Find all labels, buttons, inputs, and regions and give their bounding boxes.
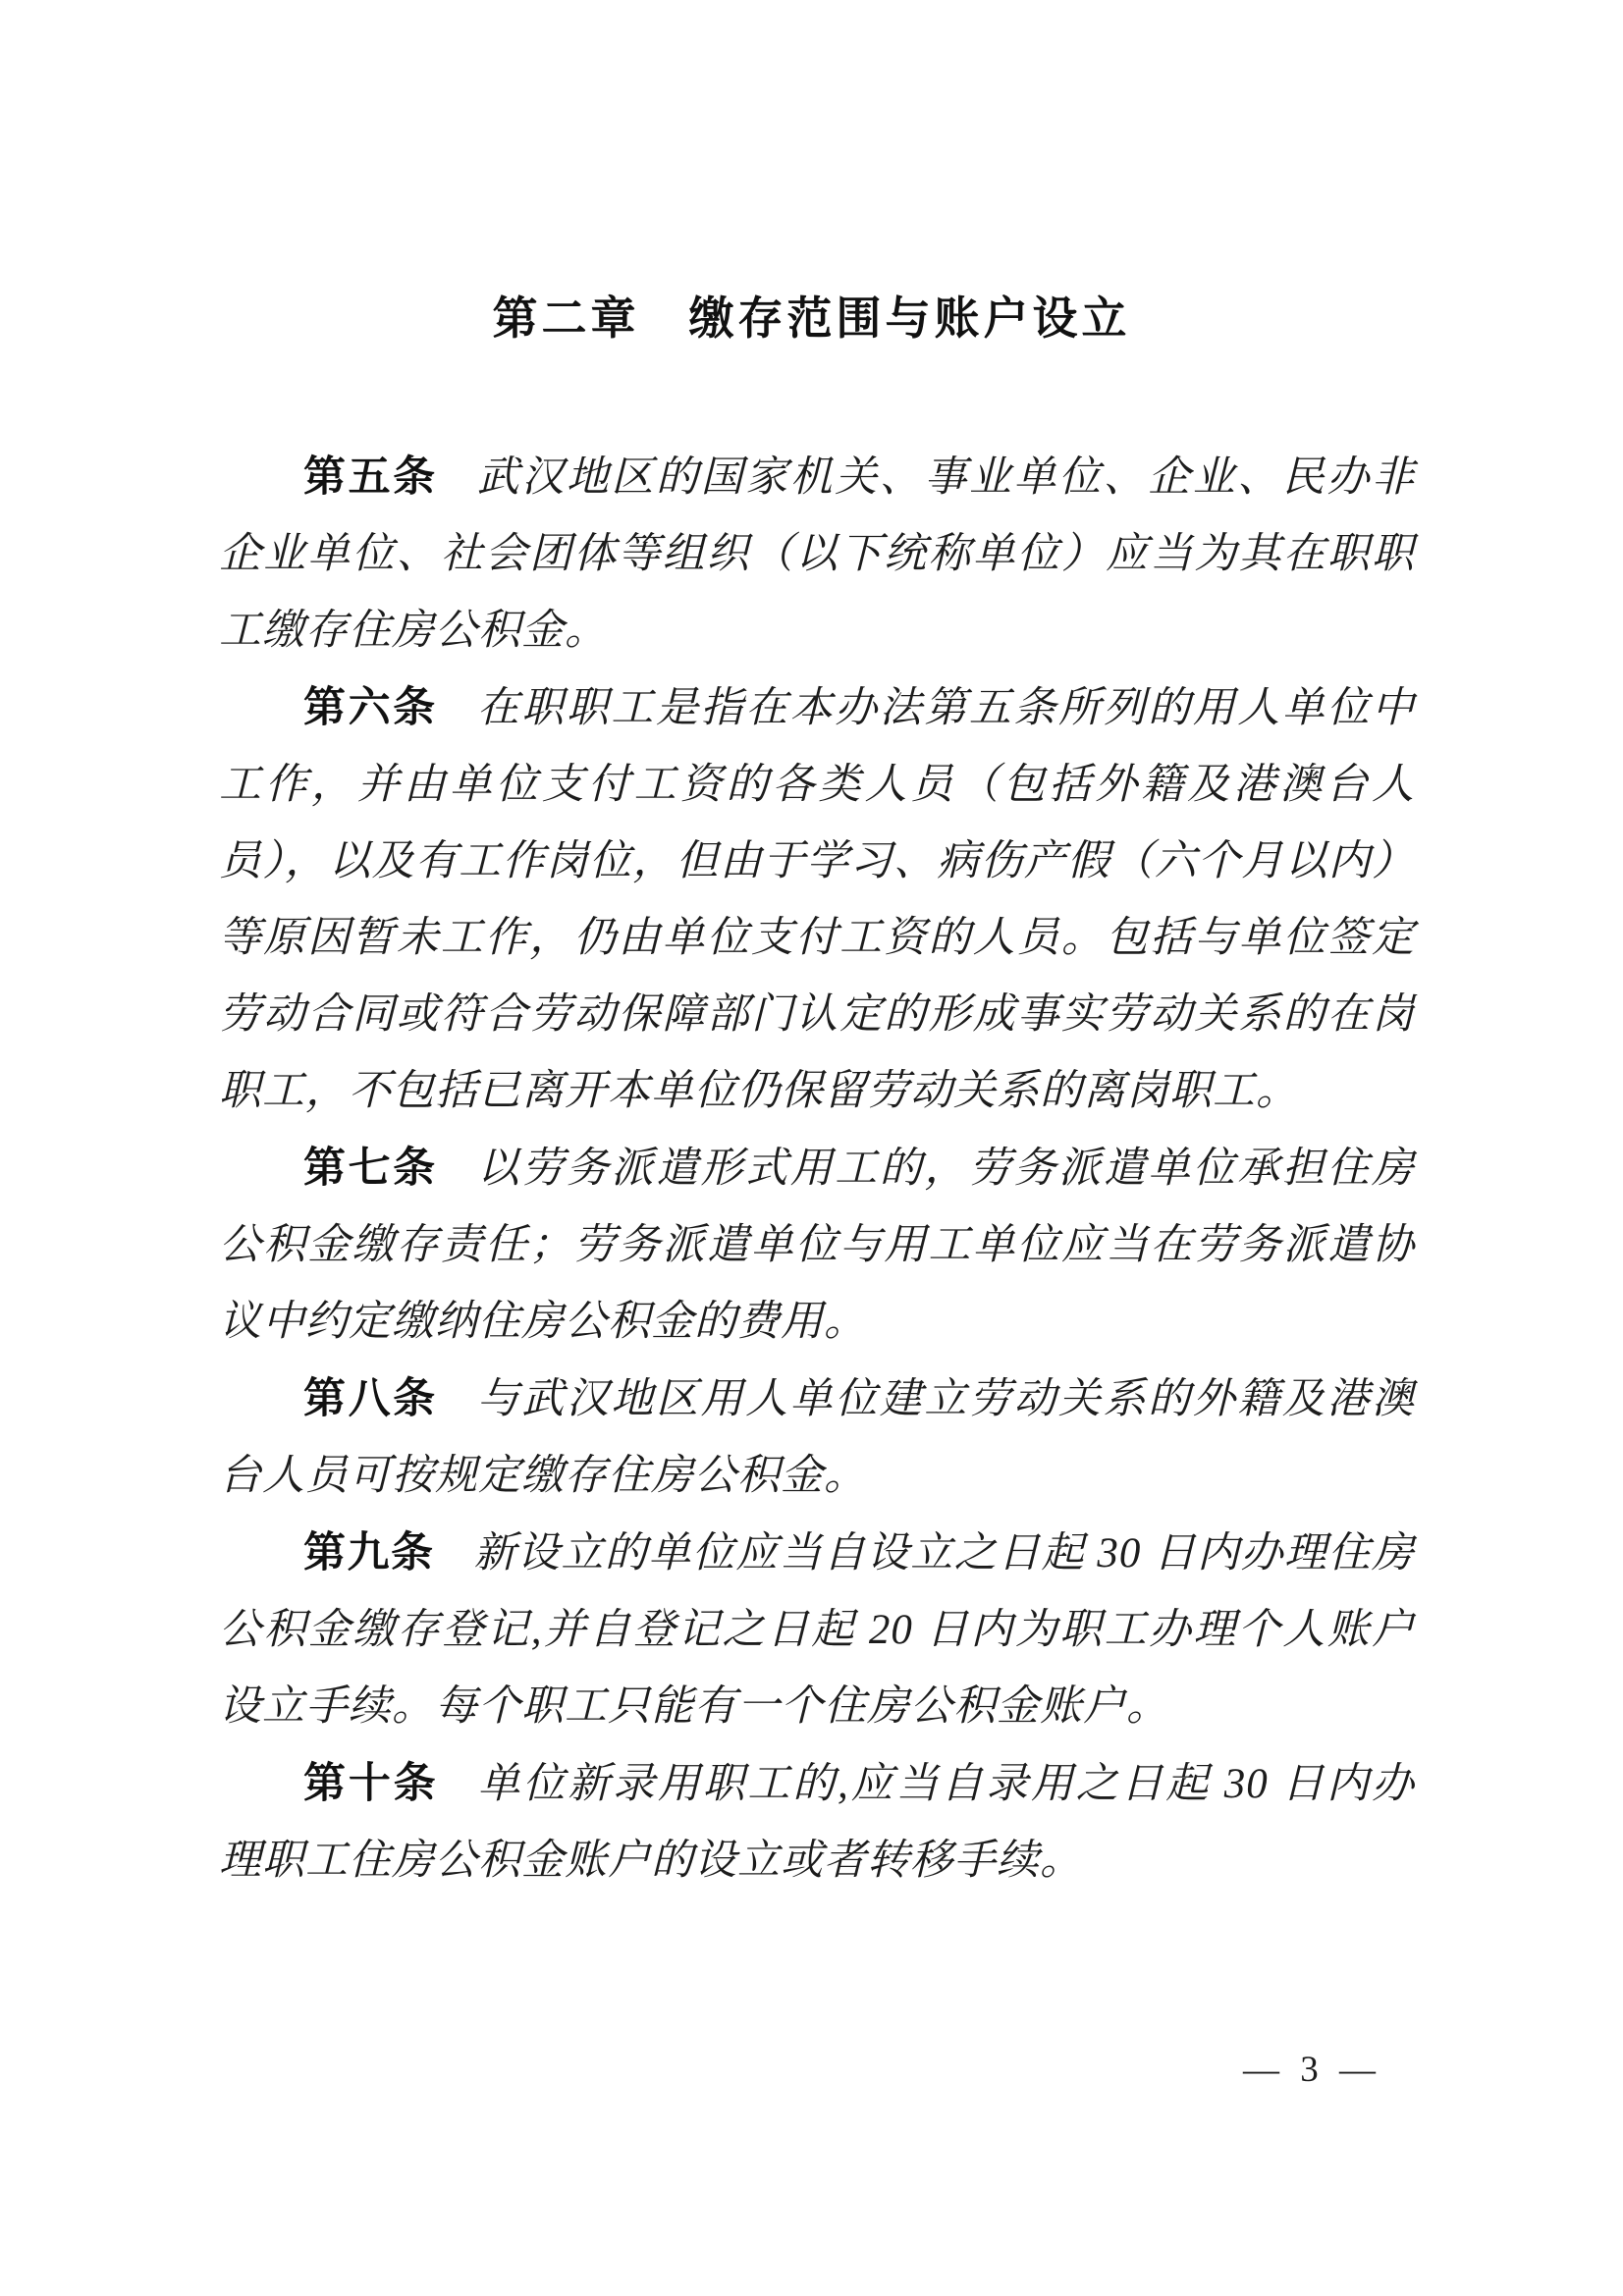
document-body: 第五条武汉地区的国家机关、事业单位、企业、民办非企业单位、社会团体等组织（以下统… — [219, 439, 1415, 1899]
article-paragraph: 第八条与武汉地区用人单位建立劳动关系的外籍及港澳台人员可按规定缴存住房公积金。 — [219, 1361, 1415, 1515]
chapter-title: 第二章 缴存范围与账户设立 — [0, 292, 1623, 345]
article-paragraph: 第五条武汉地区的国家机关、事业单位、企业、民办非企业单位、社会团体等组织（以下统… — [219, 439, 1415, 669]
article-paragraph: 第七条以劳务派遣形式用工的，劳务派遣单位承担住房公积金缴存责任；劳务派遣单位与用… — [219, 1130, 1415, 1361]
article-label: 第七条 — [303, 1145, 477, 1192]
page-number: — 3 — — [1243, 2049, 1381, 2092]
article-label: 第六条 — [303, 684, 477, 731]
article-paragraph: 第九条新设立的单位应当自设立之日起 30 日内办理住房公积金缴存登记,并自登记之… — [219, 1515, 1415, 1745]
article-label: 第九条 — [303, 1529, 473, 1576]
article-text: 在职职工是指在本办法第五条所列的用人单位中工作，并由单位支付工资的各类人员（包括… — [219, 685, 1415, 1114]
article-label: 第八条 — [303, 1375, 477, 1422]
article-label: 第五条 — [303, 454, 477, 501]
document-page: 第二章 缴存范围与账户设立 第五条武汉地区的国家机关、事业单位、企业、民办非企业… — [0, 0, 1623, 2296]
article-label: 第十条 — [303, 1760, 477, 1807]
article-paragraph: 第十条单位新录用职工的,应当自录用之日起 30 日内办理职工住房公积金账户的设立… — [219, 1745, 1415, 1899]
article-paragraph: 第六条在职职工是指在本办法第五条所列的用人单位中工作，并由单位支付工资的各类人员… — [219, 669, 1415, 1130]
